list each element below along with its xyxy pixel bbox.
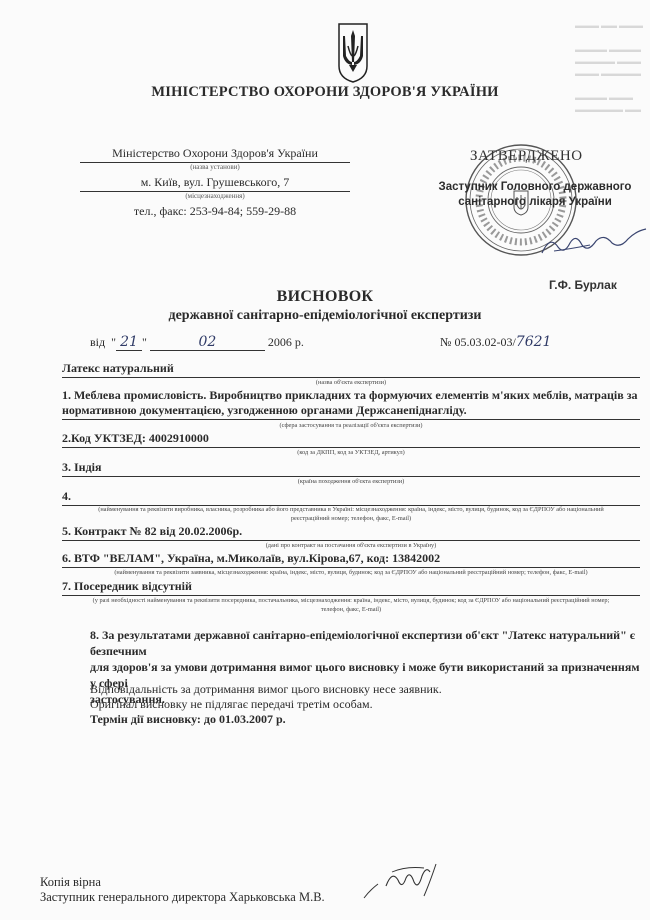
note-responsibility: Відповідальність за дотримання вимог цьо… <box>90 682 590 697</box>
note-original: Оригінал висновку не підлягає передачі т… <box>90 697 590 712</box>
field-code: 2.Код УКТЗЕД: 4002910000 <box>62 431 640 448</box>
field-country-origin: 3. Індія <box>62 460 640 477</box>
certification-block: Копія вірна Заступник генерального дирек… <box>40 875 325 905</box>
field-value: 5. Контракт № 82 від 20.02.2006р. <box>62 524 640 541</box>
institution-block: Міністерство Охорони Здоров'я України (н… <box>80 146 350 219</box>
field-caption: (у разі необхідності найменування та рек… <box>62 596 640 614</box>
document-subtitle: державної санітарно-епідеміологічної екс… <box>0 308 650 324</box>
field-object-name: Латекс натуральний <box>62 361 640 378</box>
date-prefix: від <box>90 335 105 349</box>
document-date: від "21" 02 2006 р. <box>90 334 304 351</box>
bleed-through-text: ▬▬▬ ▬▬ ▬▬▬ ▬▬▬▬ ▬▬▬▬▬▬▬▬▬ ▬▬▬▬▬▬ ▬▬▬▬▬ ▬… <box>575 20 650 116</box>
copy-label: Копія вірна <box>40 875 325 890</box>
date-day: 21 <box>116 334 142 351</box>
handwritten-signature-icon <box>540 225 650 260</box>
date-month: 02 <box>150 334 265 351</box>
field-intermediary: 7. Посередник відсутній <box>62 579 640 596</box>
field-manufacturer: 4. <box>62 489 640 506</box>
ministry-title: МІНІСТЕРСТВО ОХОРОНИ ЗДОРОВ'Я УКРАЇНИ <box>0 84 650 101</box>
tryzub-coat-of-arms-icon <box>337 22 369 84</box>
document-title: ВИСНОВОК <box>0 288 650 306</box>
field-value: 3. Індія <box>62 460 640 477</box>
date-year: 2006 р. <box>268 335 304 349</box>
field-value-line2: нормативною документацією, узгодженною о… <box>62 403 640 420</box>
approver-role: Заступник Головного державного санітарно… <box>420 180 650 210</box>
field-caption: (код за ДКПП, код за УКТЗЕД, артикул) <box>62 448 640 457</box>
field-value: 7. Посередник відсутній <box>62 579 640 596</box>
field-value: 2.Код УКТЗЕД: 4002910000 <box>62 431 640 448</box>
institution-name-caption: (назва установи) <box>80 163 350 171</box>
field-caption-line1: (у разі необхідності найменування та рек… <box>62 596 640 605</box>
field-caption: (найменування та реквізити заявника, міс… <box>62 568 640 577</box>
number-handwritten: 7621 <box>516 334 552 350</box>
field-caption-line2: телефон, факс, E-mail) <box>62 605 640 614</box>
field-value: 4. <box>62 489 640 506</box>
institution-location: м. Київ, вул. Грушевського, 7 <box>80 175 350 192</box>
field-caption: (дані про контракт на постачання об'єкта… <box>62 541 640 550</box>
field-caption: (назва об'єкта експертизи) <box>62 378 640 387</box>
notes-block: Відповідальність за дотримання вимог цьо… <box>90 682 590 727</box>
field-contract: 5. Контракт № 82 від 20.02.2006р. <box>62 524 640 541</box>
handwritten-signature-icon <box>362 862 437 902</box>
field-caption-line2: реєстраційний номер; телефон, факс, E-ma… <box>62 514 640 523</box>
approved-label: ЗАТВЕРДЖЕНО <box>470 148 583 165</box>
number-prefix: № 05.03.02-03/ <box>440 335 516 349</box>
field-value: 6. ВТФ "ВЕЛАМ", Україна, м.Миколаїв, вул… <box>62 551 640 568</box>
approver-role-line1: Заступник Головного державного <box>420 180 650 195</box>
field-caption: (країна походження об'єкта експертизи) <box>62 477 640 486</box>
field-caption: (сфера застосування та реалізації об'єкт… <box>62 421 640 430</box>
conclusion-line1: 8. За результатами державної санітарно-е… <box>90 627 645 659</box>
institution-location-caption: (місцезнаходження) <box>80 192 350 200</box>
field-application-area: 1. Меблева промисловість. Виробництво пр… <box>62 388 640 420</box>
note-validity: Термін дії висновку: до 01.03.2007 р. <box>90 712 590 727</box>
field-caption-line1: (найменування та реквізити виробника, вл… <box>62 505 640 514</box>
field-applicant: 6. ВТФ "ВЕЛАМ", Україна, м.Миколаїв, вул… <box>62 551 640 568</box>
copy-signer: Заступник генерального директора Харьков… <box>40 890 325 905</box>
document-number: № 05.03.02-03/7621 <box>440 334 551 350</box>
institution-phone: тел., факс: 253-94-84; 559-29-88 <box>80 204 350 219</box>
field-value: Латекс натуральний <box>62 361 640 378</box>
field-caption: (найменування та реквізити виробника, вл… <box>62 505 640 523</box>
field-value-line1: 1. Меблева промисловість. Виробництво пр… <box>62 388 640 403</box>
institution-name: Міністерство Охорони Здоров'я України <box>80 146 350 163</box>
approver-role-line2: санітарного лікаря України <box>420 195 650 210</box>
